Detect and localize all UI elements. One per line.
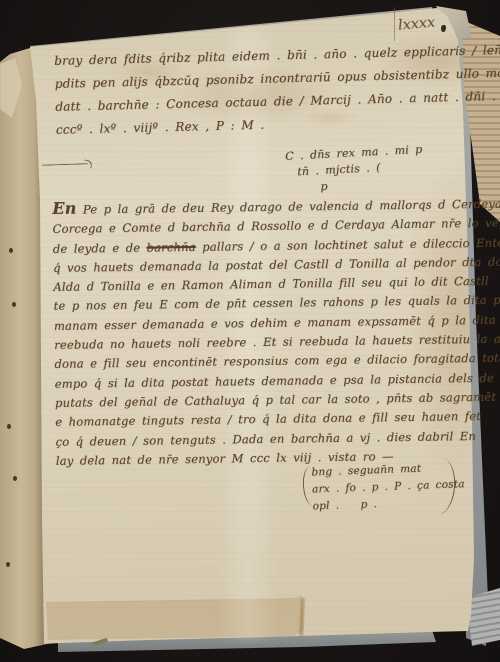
text-segment: ço q́ deuen / son tenguts . Dada en barc… [55, 429, 476, 449]
chancery-marginal-note: C . dn̄s rex ma . mi p tn̄ . mjctis . ( … [285, 141, 437, 197]
text-segment: arx . fo . p . P . ça costa [312, 478, 465, 495]
text-segment: reebuda no hauets noli reebre . Et si re… [54, 331, 500, 352]
main-text-block: En Pe p la grā de deu Rey darago de val… [52, 193, 468, 471]
text-segment: bng . seguan̄n mat [311, 463, 421, 479]
wormhole-speck [6, 562, 10, 567]
text-segment: Pe p la grā de deu Rey darago de valenc… [76, 196, 500, 216]
text-segment: manam esser demanada e vos dehim e manam… [54, 312, 500, 333]
text-segment: Alda d Tonilla e en Ramon Aliman d Tonil… [53, 274, 489, 294]
text-segment: putats del gen̄al de Cathaluya q́ p tal … [55, 390, 496, 410]
crease-line [394, 7, 395, 41]
text-segment: e homanatge tinguts resta / tro q́ la di… [55, 409, 481, 429]
text-segment: de leyda e de [53, 240, 147, 255]
text-segment: pallars / o a son lochtinet salut e dile… [196, 234, 500, 253]
header-text-block: bray dera fdits q́ribz plita eidem . bn̄… [54, 40, 452, 142]
wormhole-speck [13, 476, 17, 481]
struck-out-word: barchn̄a [146, 239, 195, 254]
text-segment: p [287, 180, 328, 195]
text-segment: cccº . lxº . viijº . Rex , P : M . [56, 118, 265, 137]
text-segment: q́ vos hauets demanada la postat del Cas… [53, 254, 500, 274]
text-segment: empo q́ si la dita postat hauets demanad… [55, 370, 494, 390]
initial-letters: En [52, 199, 76, 218]
text-segment: tn̄ . mjctis . ( [286, 161, 381, 179]
text-segment: opl . p . [312, 498, 377, 512]
wormhole-speck [7, 424, 11, 429]
wormhole-speck [12, 302, 16, 307]
text-segment: Corcega e Comte d barchn̄a d Rossollo e … [52, 216, 500, 237]
text-segment: te p nos en feu E com de pn̄t cessen les… [54, 293, 500, 314]
text-segment: dona e fill seu encontinēt responsius c… [54, 351, 500, 371]
closing-registration-note: bng . seguan̄n matarx . fo . p . P . ça … [311, 460, 453, 516]
wormhole-speck [9, 248, 13, 253]
